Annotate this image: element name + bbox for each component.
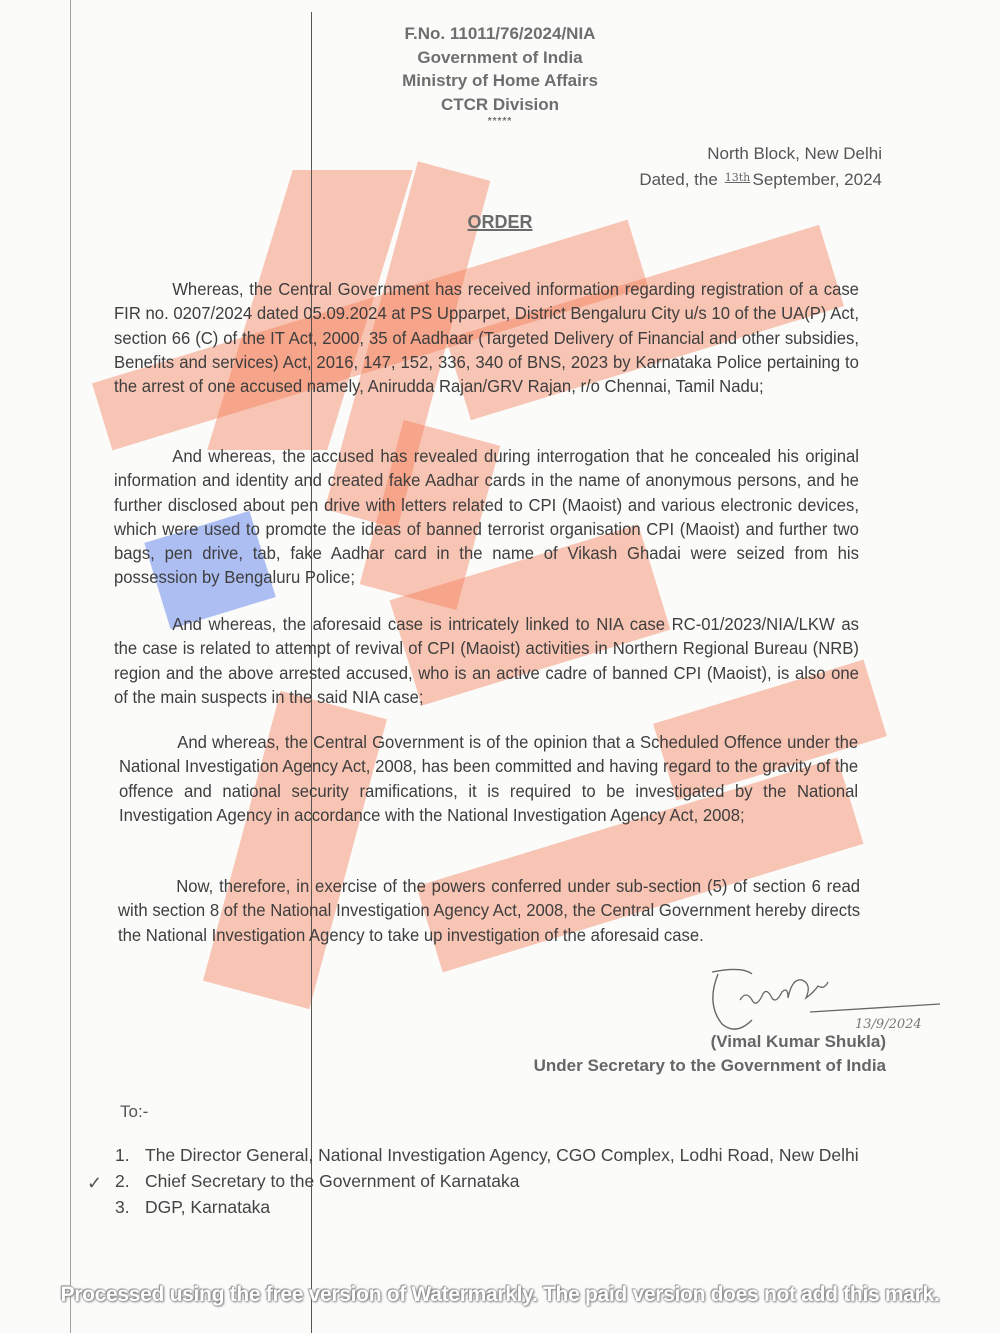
date-line: Dated, the 13thSeptember, 2024 <box>639 166 882 192</box>
division-name: CTCR Division <box>0 93 1000 117</box>
ministry-name: Ministry of Home Affairs <box>0 69 1000 93</box>
order-title-text: ORDER <box>467 212 532 232</box>
signatory-name: (Vimal Kumar Shukla) <box>534 1030 886 1054</box>
handwritten-day: 13th <box>723 166 753 190</box>
watermark-text: Processed using the free version of Wate… <box>0 1283 1000 1307</box>
recipient-item: ✓ 2. Chief Secretary to the Government o… <box>115 1168 885 1194</box>
recipient-number: 3. <box>115 1194 130 1220</box>
document-header: F.No. 11011/76/2024/NIA Government of In… <box>0 22 1000 128</box>
paragraph-1: Whereas, the Central Government has rece… <box>114 277 859 398</box>
header-separator: ***** <box>0 116 1000 128</box>
recipient-text: DGP, Karnataka <box>145 1197 270 1217</box>
recipient-text: The Director General, National Investiga… <box>145 1145 859 1165</box>
handwritten-signature-icon: 13/9/2024 <box>700 960 960 1040</box>
recipient-text: Chief Secretary to the Government of Kar… <box>145 1171 520 1191</box>
recipient-item: 1. The Director General, National Invest… <box>115 1142 885 1168</box>
signatory-block: (Vimal Kumar Shukla) Under Secretary to … <box>534 1030 886 1078</box>
government-name: Government of India <box>0 46 1000 70</box>
scanned-order-page: F.No. 11011/76/2024/NIA Government of In… <box>0 0 1000 1333</box>
to-label: To:- <box>120 1102 148 1122</box>
date-suffix: September, 2024 <box>753 170 882 189</box>
recipient-number: 2. <box>115 1168 130 1194</box>
date-prefix: Dated, the <box>639 170 717 189</box>
paragraph-2: And whereas, the accused has revealed du… <box>114 444 859 589</box>
file-number: F.No. 11011/76/2024/NIA <box>0 22 1000 46</box>
signatory-designation: Under Secretary to the Government of Ind… <box>534 1054 886 1078</box>
place: North Block, New Delhi <box>639 142 882 166</box>
paragraph-4: And whereas, the Central Government is o… <box>119 730 858 827</box>
recipient-item: 3. DGP, Karnataka <box>115 1194 885 1220</box>
check-mark-icon: ✓ <box>87 1170 102 1196</box>
recipient-number: 1. <box>115 1142 130 1168</box>
place-date-block: North Block, New Delhi Dated, the 13thSe… <box>639 142 882 192</box>
paragraph-5: Now, therefore, in exercise of the power… <box>118 874 860 947</box>
scan-fold-line-left <box>70 0 71 1333</box>
paragraph-3: And whereas, the aforesaid case is intri… <box>114 612 859 709</box>
recipient-list: 1. The Director General, National Invest… <box>115 1142 885 1220</box>
order-title: ORDER <box>0 212 1000 233</box>
